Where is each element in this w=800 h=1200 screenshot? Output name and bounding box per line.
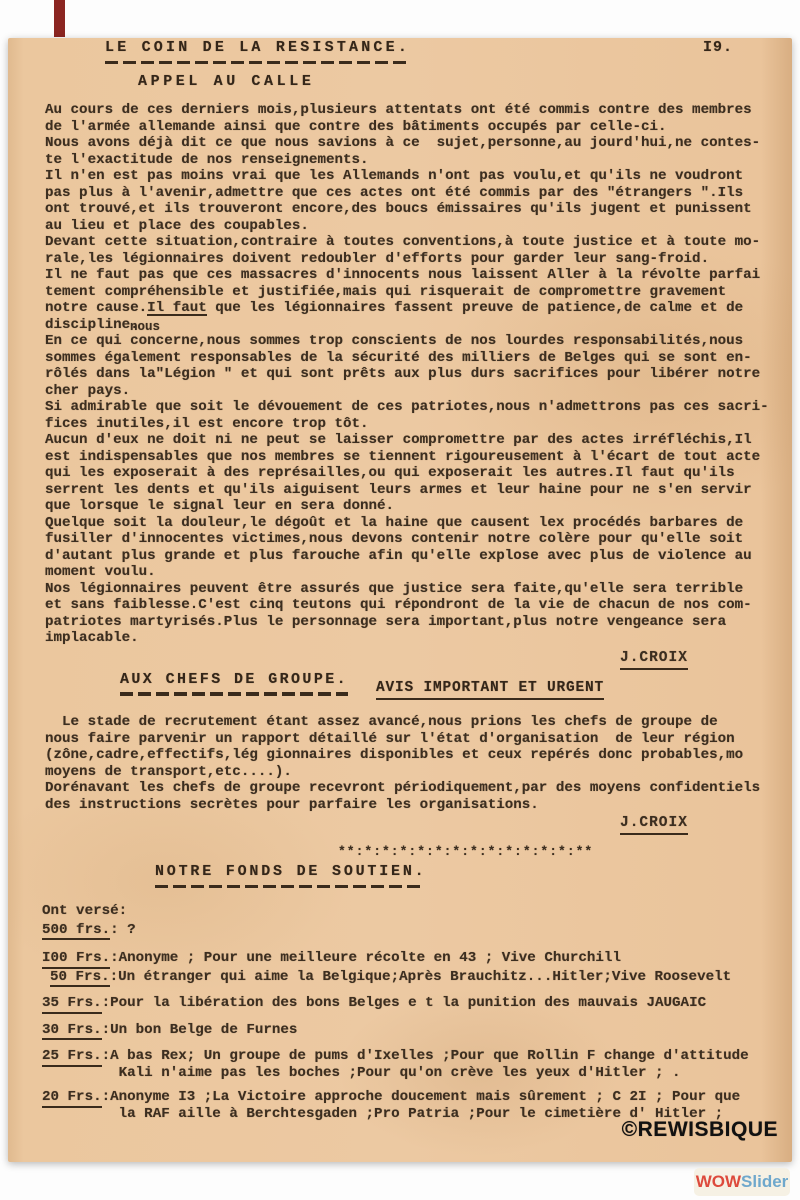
donation-row: 30 Frs.:Un bon Belge de Furnes (42, 1022, 786, 1041)
donation-text: :Un étranger qui aime la Belgique;Après … (110, 969, 732, 986)
donation-row: I00 Frs.:Anonyme ; Pour une meilleure ré… (42, 950, 786, 969)
donation-text: :Anonyme ; Pour une meilleure récolte en… (110, 950, 621, 967)
donation-row: 35 Frs.:Pour la libération des bons Belg… (42, 995, 786, 1014)
il-faut-underline (147, 314, 207, 316)
article2-body: Le stade de recrutement étant assez avan… (45, 714, 787, 813)
article1-inserted-word: nous (130, 321, 160, 333)
article1-title: APPEL AU CALLE (138, 74, 314, 91)
donation-amount: 25 Frs. (42, 1048, 102, 1067)
newsletter-title: LE COIN DE LA RESISTANCE. (105, 40, 410, 57)
donation-amount: 35 Frs. (42, 995, 102, 1014)
fund-title-underline (155, 885, 423, 888)
donation-text: :Un bon Belge de Furnes (102, 1022, 298, 1039)
donation-row: 50 Frs.:Un étranger qui aime la Belgique… (42, 969, 786, 988)
donation-amount: 500 frs. (42, 922, 110, 941)
wowslider-badge[interactable]: WOWSlider (694, 1168, 790, 1196)
article2-title-left: AUX CHEFS DE GROUPE. (120, 672, 348, 689)
copyright-watermark: ©REWISBIQUE (622, 1122, 778, 1139)
article1-body: Au cours de ces derniers mois,plusieurs … (45, 102, 777, 647)
screenshot-canvas: LE COIN DE LA RESISTANCE. I9. APPEL AU C… (0, 0, 800, 1200)
red-bookmark-tab (54, 0, 65, 37)
fund-title: NOTRE FONDS DE SOUTIEN. (155, 864, 426, 881)
fund-list: Ont versé: 500 frs.: ? I00 Frs.:Anonyme … (42, 903, 786, 1122)
page-number: I9. (703, 40, 733, 57)
asterisk-divider: **:*:*:*:*:*:*:*:*:*:*:*:*:** (338, 844, 593, 861)
newsletter-title-underline (105, 61, 407, 64)
donation-row: 25 Frs.:A bas Rex; Un groupe de pums d'I… (42, 1048, 786, 1081)
donation-amount: I00 Frs. (42, 950, 110, 969)
article2-title-right: AVIS IMPORTANT ET URGENT (376, 680, 604, 700)
donation-amount: 20 Frs. (42, 1089, 102, 1108)
wowslider-badge-wow: WOW (696, 1172, 741, 1192)
donation-row: 500 frs.: ? (42, 922, 786, 941)
article1-signature: J.CROIX (620, 650, 688, 670)
scanned-page: LE COIN DE LA RESISTANCE. I9. APPEL AU C… (8, 38, 792, 1162)
donation-text: :Pour la libération des bons Belges e t … (102, 995, 707, 1012)
wowslider-badge-slider: Slider (741, 1172, 788, 1192)
fund-intro: Ont versé: (42, 903, 786, 920)
donation-amount: 50 Frs. (50, 969, 110, 988)
donation-text: :A bas Rex; Un groupe de pums d'Ixelles … (102, 1048, 749, 1081)
article2-signature: J.CROIX (620, 815, 688, 835)
article2-title-underline (120, 692, 348, 696)
page-content: LE COIN DE LA RESISTANCE. I9. APPEL AU C… (8, 38, 792, 1162)
donation-amount: 30 Frs. (42, 1022, 102, 1041)
donation-text: : ? (110, 922, 136, 939)
